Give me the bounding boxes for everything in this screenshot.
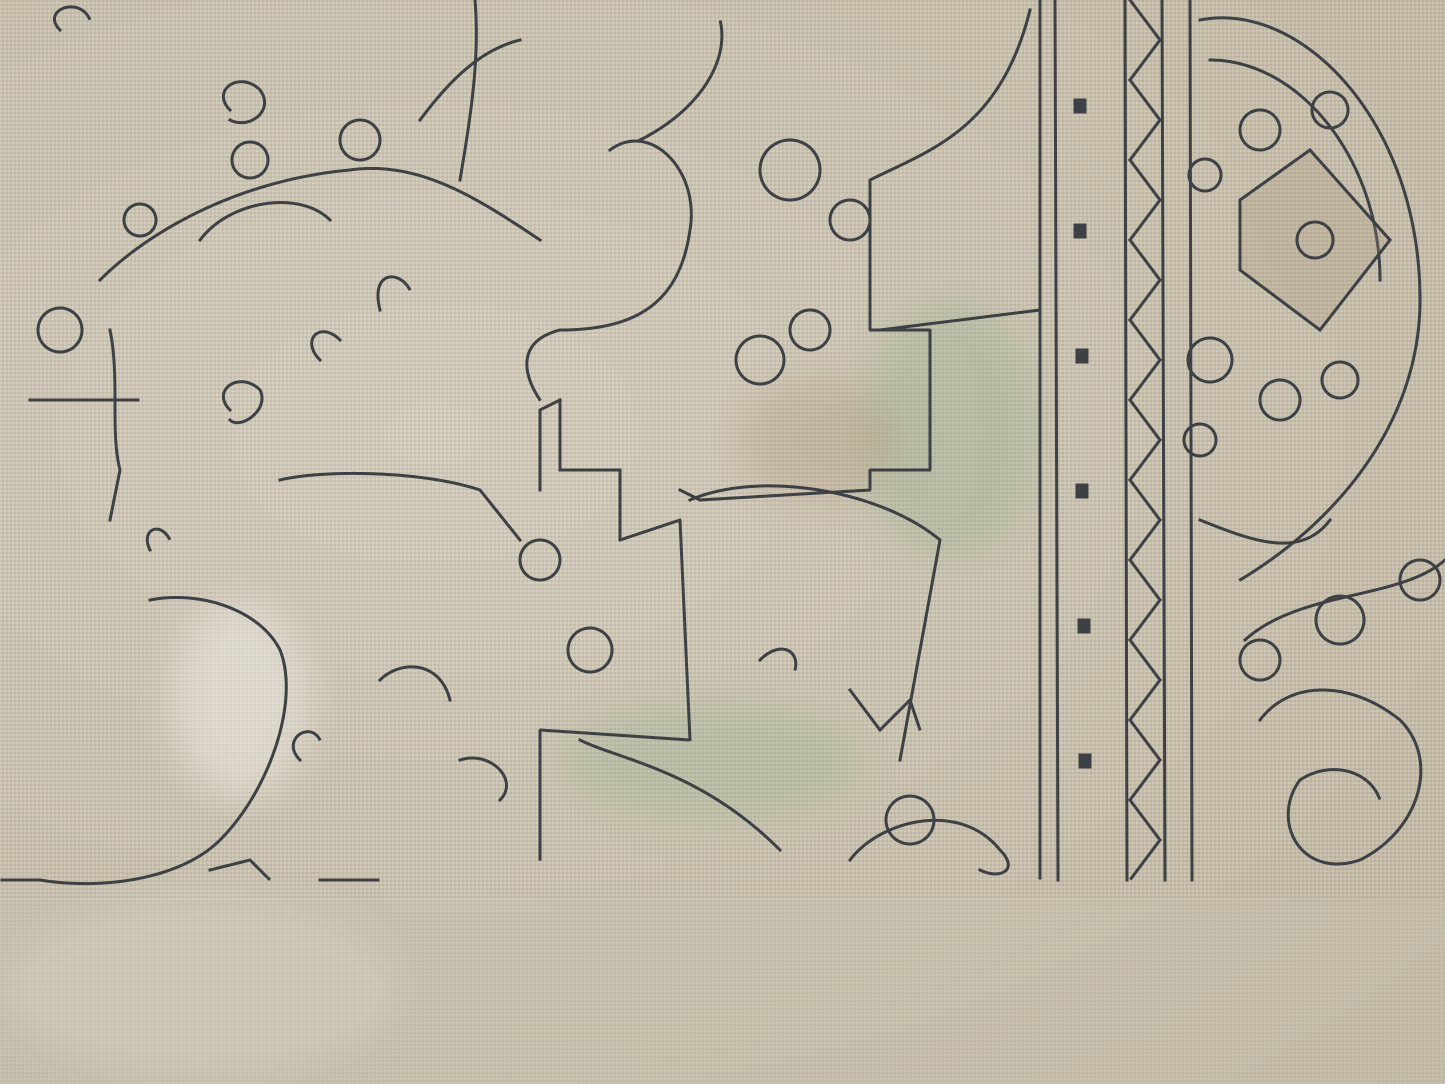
floral-vine-branches xyxy=(0,0,722,884)
main-floral-border xyxy=(1184,18,1445,864)
central-medallion-corner xyxy=(520,0,1040,880)
rug-photo xyxy=(0,0,1445,1084)
rug-pattern xyxy=(0,0,1445,1084)
bottom-band xyxy=(0,900,1445,1084)
dotted-guard-stripe xyxy=(1055,0,1127,880)
